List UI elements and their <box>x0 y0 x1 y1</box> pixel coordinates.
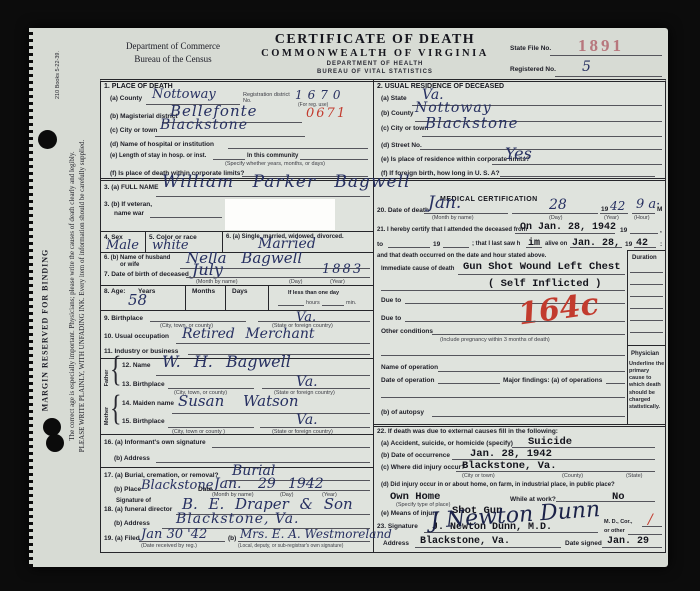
registrar-sub: (Local, deputy, or sub-registrar's own s… <box>238 543 343 549</box>
state-file-label: State File No. <box>510 45 551 52</box>
registered-no-value: 5 <box>582 59 591 75</box>
res-state-label: (a) State <box>381 95 407 102</box>
rule-line <box>172 413 370 414</box>
cert1-19-literal: 19 <box>620 227 627 234</box>
rule-line <box>381 397 625 398</box>
spouse-label: 6. (b) Name of husband <box>104 255 170 261</box>
funeral-address-label: (b) Address <box>114 520 150 527</box>
rule-line <box>432 416 625 417</box>
occupation-label: 10. Usual occupation <box>104 333 169 340</box>
informant-signature-label: 16. (a) Informant's own signature <box>104 439 206 446</box>
rule-line <box>432 334 625 335</box>
age-label: 8. Age: <box>104 288 125 295</box>
rule-line <box>627 250 666 251</box>
rule-line <box>630 233 658 234</box>
age-months-header: Months <box>192 288 215 295</box>
certificate-title: CERTIFICATE OF DEATH <box>255 32 495 48</box>
less-than-day-label: If less than one day <box>288 290 339 296</box>
rule-line <box>156 196 370 197</box>
immediate-cause-value: Gun Shot Wound Left Chest <box>463 261 621 273</box>
date-signed-value: Jan. 29 <box>607 536 649 547</box>
rule-line <box>512 213 598 214</box>
rule-line <box>642 526 662 527</box>
rule-line <box>634 247 656 248</box>
cert2-colon: : <box>660 241 662 248</box>
rule-line <box>632 213 655 214</box>
date-of-death-label: 20. Date of death <box>377 207 429 214</box>
physician-label: Physician <box>631 351 659 357</box>
rule-line <box>443 247 469 248</box>
bureau-census-line: Bureau of the Census <box>113 54 233 64</box>
punch-hole <box>46 434 64 452</box>
occurrence-date-label: (b) Date of occurrence <box>381 452 450 459</box>
rule-line <box>208 490 370 491</box>
section-divider <box>100 285 373 286</box>
cert2-19b-literal: 19 <box>625 241 632 248</box>
burial-place-label: (b) Place <box>114 486 141 493</box>
rule-line <box>458 274 625 275</box>
funeral-director-label: 18. (a) funeral director <box>104 506 172 513</box>
rule-line <box>630 272 663 273</box>
section-divider <box>100 231 373 232</box>
section-divider <box>373 424 666 427</box>
other-conditions-label: Other conditions <box>381 328 433 335</box>
rule-line <box>415 547 561 548</box>
for-reg-use-value: 0671 <box>306 106 347 121</box>
age-days-header: Days <box>232 288 248 295</box>
dod-sub-day: (Day) <box>549 215 562 221</box>
registrar-b-label: (b) <box>228 535 236 542</box>
filed-sub: (Date received by reg.) <box>141 543 197 549</box>
rule-line <box>424 213 508 214</box>
rule-line <box>438 371 625 372</box>
rule-line <box>526 247 542 248</box>
rule-line <box>168 427 254 428</box>
injury-sub-state: (State) <box>626 473 643 479</box>
rule-line <box>438 383 500 384</box>
pod-county-value: Nottoway <box>152 87 216 102</box>
cell-divider <box>145 231 146 252</box>
suicide-label: (a) Accident, suicide, or homicide (spec… <box>381 440 513 447</box>
cert2-to-literal: to <box>377 241 383 248</box>
filed-label: 19. (a) Filed <box>104 535 140 542</box>
rule-line <box>630 296 663 297</box>
street-no-label: (d) Street No. <box>381 142 422 149</box>
registrar-signature-value: Mrs. E. A. Westmoreland <box>240 527 392 541</box>
res-corporate-limits-value: Yes <box>505 144 532 163</box>
injury-place-label: (d) Did injury occur in or about home, o… <box>381 482 615 488</box>
rule-line <box>156 375 370 376</box>
res-city-label: (c) City or town <box>381 125 428 132</box>
dod-sub-year: (Year) <box>604 215 619 221</box>
mother-maiden-value: Susan Watson <box>178 392 298 410</box>
injury-sub-county: (County) <box>562 473 583 479</box>
filed-value: Jan 30 '42 <box>141 527 207 542</box>
redaction-box <box>225 199 335 230</box>
rule-line <box>602 547 662 548</box>
dod-19-literal: 19 <box>601 206 608 213</box>
margin-binding-note: MARGIN RESERVED FOR BINDING <box>41 249 50 412</box>
physician-signature-label: 23. Signature <box>377 523 418 530</box>
cert2-alive-label: alive on <box>545 241 567 247</box>
rule-line <box>228 148 368 149</box>
margin-books-note: 210 Books 5-22-39. <box>55 51 61 99</box>
due-to-2-label: Due to <box>381 315 401 322</box>
rule-line <box>627 345 666 346</box>
full-name-value: William Parker Bagwell <box>162 172 410 192</box>
rule-line <box>492 164 662 165</box>
rule-line <box>278 305 304 306</box>
column-divider <box>373 79 374 553</box>
rule-line <box>213 159 245 160</box>
rule-line <box>630 320 663 321</box>
rule-line <box>139 541 225 542</box>
cert2-mid-label: ; that I last saw h <box>472 241 520 247</box>
scanned-death-certificate: 210 Books 5-22-39. MARGIN RESERVED FOR B… <box>0 0 700 591</box>
rule-line <box>186 277 370 278</box>
physician-note: Underline the primary cause to which dea… <box>629 361 665 411</box>
external-causes-heading: 22. If death was due to external causes … <box>377 428 558 435</box>
pod-city-label: (c) City or town <box>110 127 157 134</box>
dod-day-value: 28 <box>549 197 567 213</box>
cert2-19a-literal: 19 <box>433 241 440 248</box>
md-cor-label: M. D., Cor., <box>604 519 632 525</box>
operation-name-label: Name of operation <box>381 364 438 371</box>
attended-from-value: On Jan. 28, 1942 <box>520 222 616 233</box>
rule-line <box>420 149 662 150</box>
cell-divider <box>268 285 269 310</box>
rule-line <box>260 427 370 428</box>
mother-birthplace-label: 15. Birthplace <box>122 418 165 425</box>
rule-line <box>262 388 370 389</box>
rule-line <box>500 176 655 177</box>
or-other-label: or other <box>604 528 625 534</box>
dept-commerce-line: Department of Commerce <box>113 41 233 51</box>
dept-health-line: DEPARTMENT OF HEALTH <box>255 61 495 67</box>
mother-birthplace-value: Va. <box>296 412 318 428</box>
major-findings-label: Major findings: (a) of operations <box>503 377 602 384</box>
full-name-label: 3. (a) FULL NAME <box>104 184 158 191</box>
hospital-label: (d) Name of hospital or institution <box>110 141 214 148</box>
rule-line <box>381 355 625 356</box>
birthplace-label: 9. Birthplace <box>104 315 143 322</box>
rule-line <box>515 233 615 234</box>
commonwealth-subtitle: COMMONWEALTH OF VIRGINIA <box>245 48 505 59</box>
certify-line1-label: 21. I hereby certify that I attended the… <box>377 227 527 233</box>
pod-county-label: (a) County <box>110 95 142 102</box>
rule-line <box>555 76 662 77</box>
signature-of-label: Signature of <box>116 498 151 504</box>
color-race-value: white <box>152 238 189 253</box>
funeral-address-value: Blackstone, Va. <box>176 511 300 527</box>
registered-no-label: Registered No. <box>510 66 556 73</box>
dod-sub-hour: (Hour) <box>634 215 650 221</box>
rule-line <box>456 471 655 472</box>
section-divider <box>100 310 373 311</box>
dob-label: 7. Date of birth of deceased <box>104 271 189 278</box>
margin-plainly-line1: PLEASE WRITE PLAINLY, WITH UNFADING INK.… <box>78 140 86 453</box>
date-signed-label: Date signed <box>565 540 602 547</box>
rule-line <box>570 247 622 248</box>
rule-line <box>630 332 663 333</box>
immediate-cause-label: Immediate cause of death <box>381 266 454 272</box>
rule-line <box>300 159 368 160</box>
informant-address-label: (b) Address <box>114 455 150 462</box>
mother-maiden-label: 14. Maiden name <box>122 400 174 407</box>
pregnancy-sub: (Include pregnancy within 3 months of de… <box>440 337 550 343</box>
dod-month-value: Jan. <box>428 193 461 213</box>
sig-address-label: Address <box>383 540 409 547</box>
margin-plainly-line2: The correct age is especially important.… <box>68 151 76 440</box>
duration-column-divider <box>627 250 628 425</box>
occupation-value: Retired Merchant <box>182 326 314 342</box>
rule-line <box>212 447 370 448</box>
rule-line <box>150 217 222 218</box>
sex-value: Male <box>106 238 139 253</box>
cert3-label: and that death occurred on the date and … <box>377 253 546 259</box>
rule-line <box>388 247 430 248</box>
duration-label: Duration <box>632 255 657 261</box>
father-name-value: W. H. Bagwell <box>162 352 291 371</box>
age-years-value: 58 <box>128 291 147 309</box>
rule-line <box>630 308 663 309</box>
autopsy-label: (b) of autopsy <box>381 409 424 416</box>
injury-sub-city: (City or town) <box>462 473 495 479</box>
mother-brace: { <box>110 389 122 430</box>
pod-city-value: Blackstone <box>160 117 248 133</box>
veteran-label: 3. (b) If veteran, <box>104 201 152 208</box>
rule-line <box>628 534 662 535</box>
perforated-edge <box>29 28 33 567</box>
rule-line <box>238 541 370 542</box>
rule-line <box>258 321 370 322</box>
in-community-label: In this community <box>247 153 298 159</box>
rule-line <box>168 388 254 389</box>
due-to-1-label: Due to <box>381 297 401 304</box>
dod-m-literal: M <box>657 206 662 213</box>
veteran-label2: name war <box>114 210 144 217</box>
dod-year-value: 42 <box>610 199 625 213</box>
operation-date-label: Date of operation <box>381 377 434 384</box>
spouse-label2: or wife <box>120 262 139 268</box>
cell-divider <box>225 285 226 310</box>
reg-district-value: 1670 <box>295 88 346 102</box>
section-divider <box>100 434 373 435</box>
father-name-label: 12. Name <box>122 362 151 369</box>
rule-line <box>600 213 628 214</box>
father-brace: { <box>110 350 122 391</box>
bureau-vital-line: BUREAU OF VITAL STATISTICS <box>255 69 495 75</box>
min-label: min. <box>346 300 356 306</box>
rule-line <box>150 321 246 322</box>
hours-label: hours <box>306 300 320 306</box>
rule-line <box>322 305 344 306</box>
sig-address-value: Blackstone, Va. <box>420 536 510 547</box>
rule-line <box>630 284 663 285</box>
dod-sub-month: (Month by name) <box>432 215 474 221</box>
length-of-stay-label: (e) Length of stay in hosp. or inst. <box>110 153 206 159</box>
state-file-stamp: 1891 <box>578 36 624 56</box>
rule-line <box>606 383 625 384</box>
rule-line <box>155 136 305 137</box>
punch-hole <box>38 130 57 149</box>
rule-line <box>176 343 370 344</box>
res-city-value: Blackstone <box>425 114 519 132</box>
cell-divider <box>185 285 186 310</box>
specify-years-sub: (Specify whether years, months, or days) <box>225 161 325 167</box>
cert1-comma: , <box>660 227 662 234</box>
rule-line <box>405 321 625 322</box>
dob-year-value: 1883 <box>322 262 363 277</box>
rule-line <box>422 136 662 137</box>
injury-where-label: (c) Where did injury occur? <box>381 464 465 471</box>
father-birthplace-label: 13. Birthplace <box>122 381 165 388</box>
res-county-label: (b) County <box>381 110 414 117</box>
